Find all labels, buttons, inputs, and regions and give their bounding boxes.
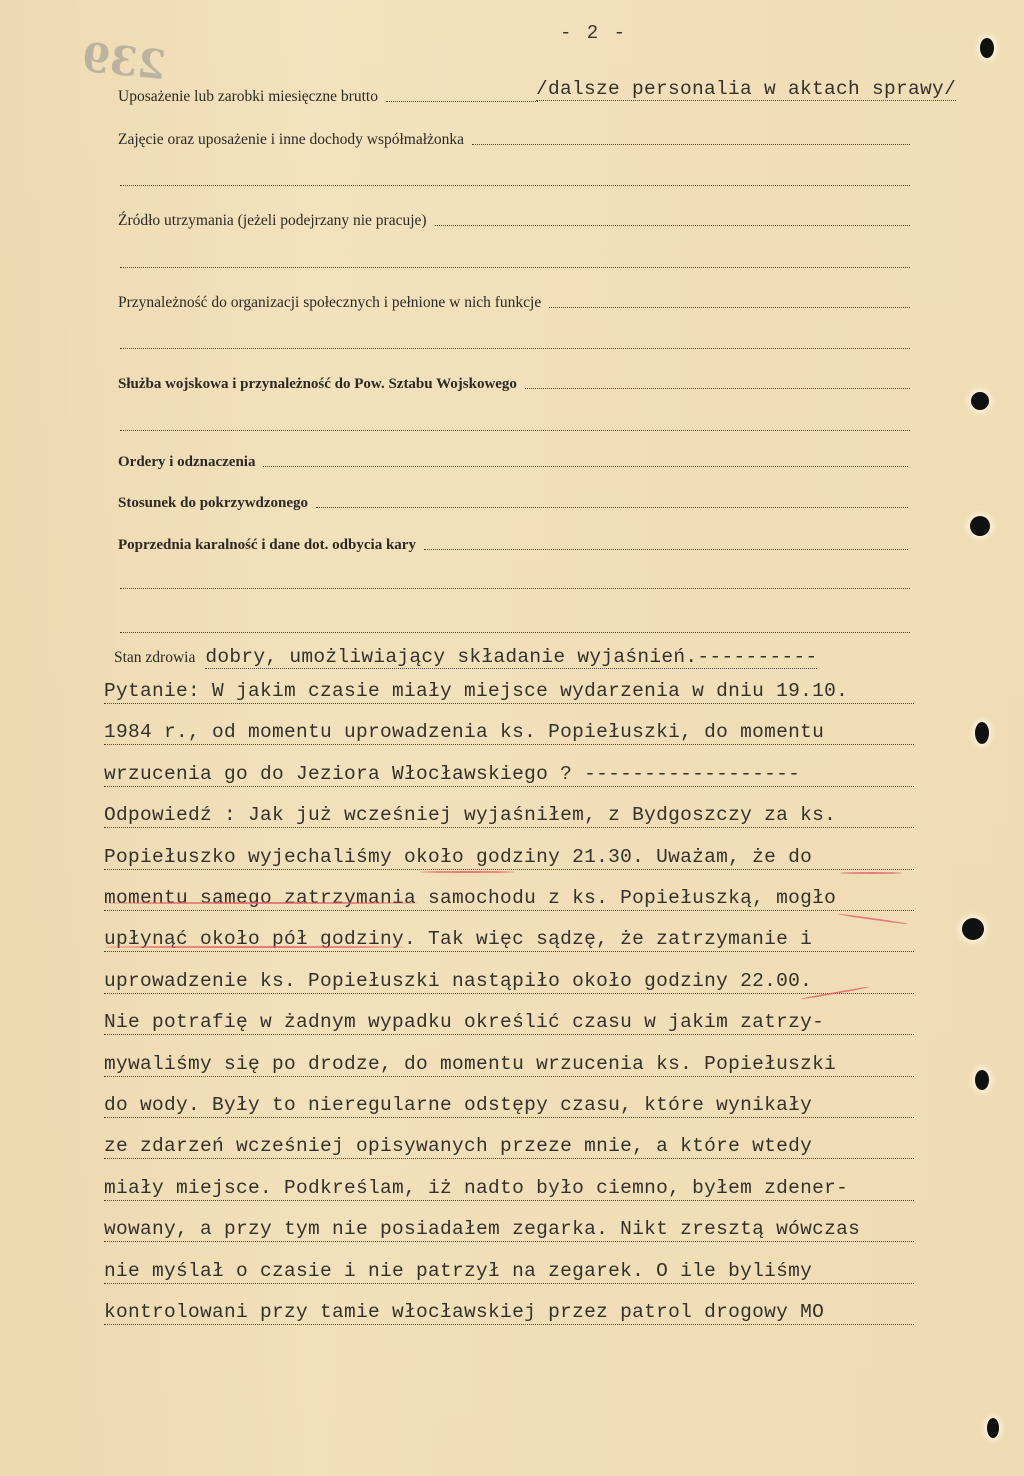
salary-value: /dalsze personalia w aktach sprawy/ bbox=[536, 78, 956, 101]
fill-line bbox=[424, 548, 908, 550]
blank-line bbox=[120, 632, 910, 633]
statement-line: uprowadzenie ks. Popiełuszki nastąpiło o… bbox=[104, 970, 914, 994]
field-label: Służba wojskowa i przynależność do Pow. … bbox=[118, 376, 517, 393]
form-field-health: Stan zdrowia dobry, umożliwiający składa… bbox=[114, 646, 914, 669]
statement-line: mywaliśmy się po drodze, do momentu wrzu… bbox=[104, 1053, 914, 1077]
page-number: - 2 - bbox=[560, 22, 627, 44]
field-label: Ordery i odznaczenia bbox=[118, 454, 255, 471]
statement-line: Popiełuszko wyjechaliśmy około godziny 2… bbox=[104, 846, 914, 870]
health-value: dobry, umożliwiający składanie wyjaśnień… bbox=[205, 646, 817, 669]
punch-hole-icon bbox=[987, 1418, 999, 1438]
red-underline-mark bbox=[105, 946, 405, 948]
fill-line bbox=[525, 387, 910, 389]
blank-line bbox=[120, 588, 910, 589]
field-label: Przynależność do organizacji społecznych… bbox=[118, 294, 541, 312]
statement-line: wrzucenia go do Jeziora Włocławskiego ? … bbox=[104, 763, 914, 787]
punch-hole-icon bbox=[970, 516, 990, 536]
fill-line bbox=[435, 224, 910, 226]
statement-line: Pytanie: W jakim czasie miały miejsce wy… bbox=[104, 680, 914, 704]
punch-hole-icon bbox=[975, 722, 989, 744]
field-label: Źródło utrzymania (jeżeli podejrzany nie… bbox=[118, 212, 427, 230]
statement-line: ze zdarzeń wcześniej opisywanych przeze … bbox=[104, 1135, 914, 1159]
blank-line bbox=[120, 185, 910, 186]
form-field-source-of-income: Źródło utrzymania (jeżeli podejrzany nie… bbox=[118, 212, 910, 230]
fill-line bbox=[472, 143, 910, 145]
form-field-relation-to-victim: Stosunek do pokrzywdzonego bbox=[118, 495, 908, 512]
fill-line bbox=[316, 506, 908, 508]
fill-line bbox=[549, 306, 910, 308]
statement-line: kontrolowani przy tamie włocławskiej prz… bbox=[104, 1301, 914, 1325]
field-label: Poprzednia karalność i dane dot. odbycia… bbox=[118, 537, 416, 554]
field-label: Stosunek do pokrzywdzonego bbox=[118, 495, 308, 512]
red-underline-mark bbox=[840, 872, 902, 874]
blank-line bbox=[120, 267, 910, 268]
form-field-military-service: Służba wojskowa i przynależność do Pow. … bbox=[118, 376, 910, 393]
punch-hole-icon bbox=[962, 918, 984, 940]
statement-line: momentu samego zatrzymania samochodu z k… bbox=[104, 887, 914, 911]
form-field-criminal-record: Poprzednia karalność i dane dot. odbycia… bbox=[118, 537, 908, 554]
statement-line: wowany, a przy tym nie posiadałem zegark… bbox=[104, 1218, 914, 1242]
form-field-decorations: Ordery i odznaczenia bbox=[118, 454, 908, 471]
blank-line bbox=[120, 348, 910, 349]
form-field-salary: Uposażenie lub zarobki miesięczne brutto bbox=[118, 88, 538, 106]
red-underline-mark bbox=[106, 902, 418, 904]
statement-line: Nie potrafię w żadnym wypadku określić c… bbox=[104, 1011, 914, 1035]
punch-hole-icon bbox=[971, 392, 989, 410]
field-label: Zajęcie oraz uposażenie i inne dochody w… bbox=[118, 131, 464, 149]
form-field-spouse-income: Zajęcie oraz uposażenie i inne dochody w… bbox=[118, 131, 910, 149]
statement-line: do wody. Były to nieregularne odstępy cz… bbox=[104, 1094, 914, 1118]
form-field-organizations: Przynależność do organizacji społecznych… bbox=[118, 294, 910, 312]
statement-line: 1984 r., od momentu uprowadzenia ks. Pop… bbox=[104, 721, 914, 745]
fill-line bbox=[386, 100, 538, 102]
blank-line bbox=[120, 430, 910, 431]
statement-line: miały miejsce. Podkreślam, iż nadto było… bbox=[104, 1177, 914, 1201]
statement-line: upłynąć około pół godziny. Tak więc sądz… bbox=[104, 928, 914, 952]
statement-line: nie myślał o czasie i nie patrzył na zeg… bbox=[104, 1260, 914, 1284]
field-label: Stan zdrowia bbox=[114, 649, 195, 667]
document-page: 239 - 2 - Uposażenie lub zarobki miesięc… bbox=[0, 0, 1024, 1476]
red-underline-mark bbox=[420, 871, 515, 873]
punch-hole-icon bbox=[980, 38, 994, 58]
field-label: Uposażenie lub zarobki miesięczne brutto bbox=[118, 88, 378, 106]
statement-line: Odpowiedź : Jak już wcześniej wyjaśniłem… bbox=[104, 804, 914, 828]
fill-line bbox=[263, 465, 908, 467]
corner-stamp: 239 bbox=[80, 34, 168, 89]
red-underline-mark bbox=[838, 913, 908, 925]
punch-hole-icon bbox=[975, 1070, 989, 1090]
